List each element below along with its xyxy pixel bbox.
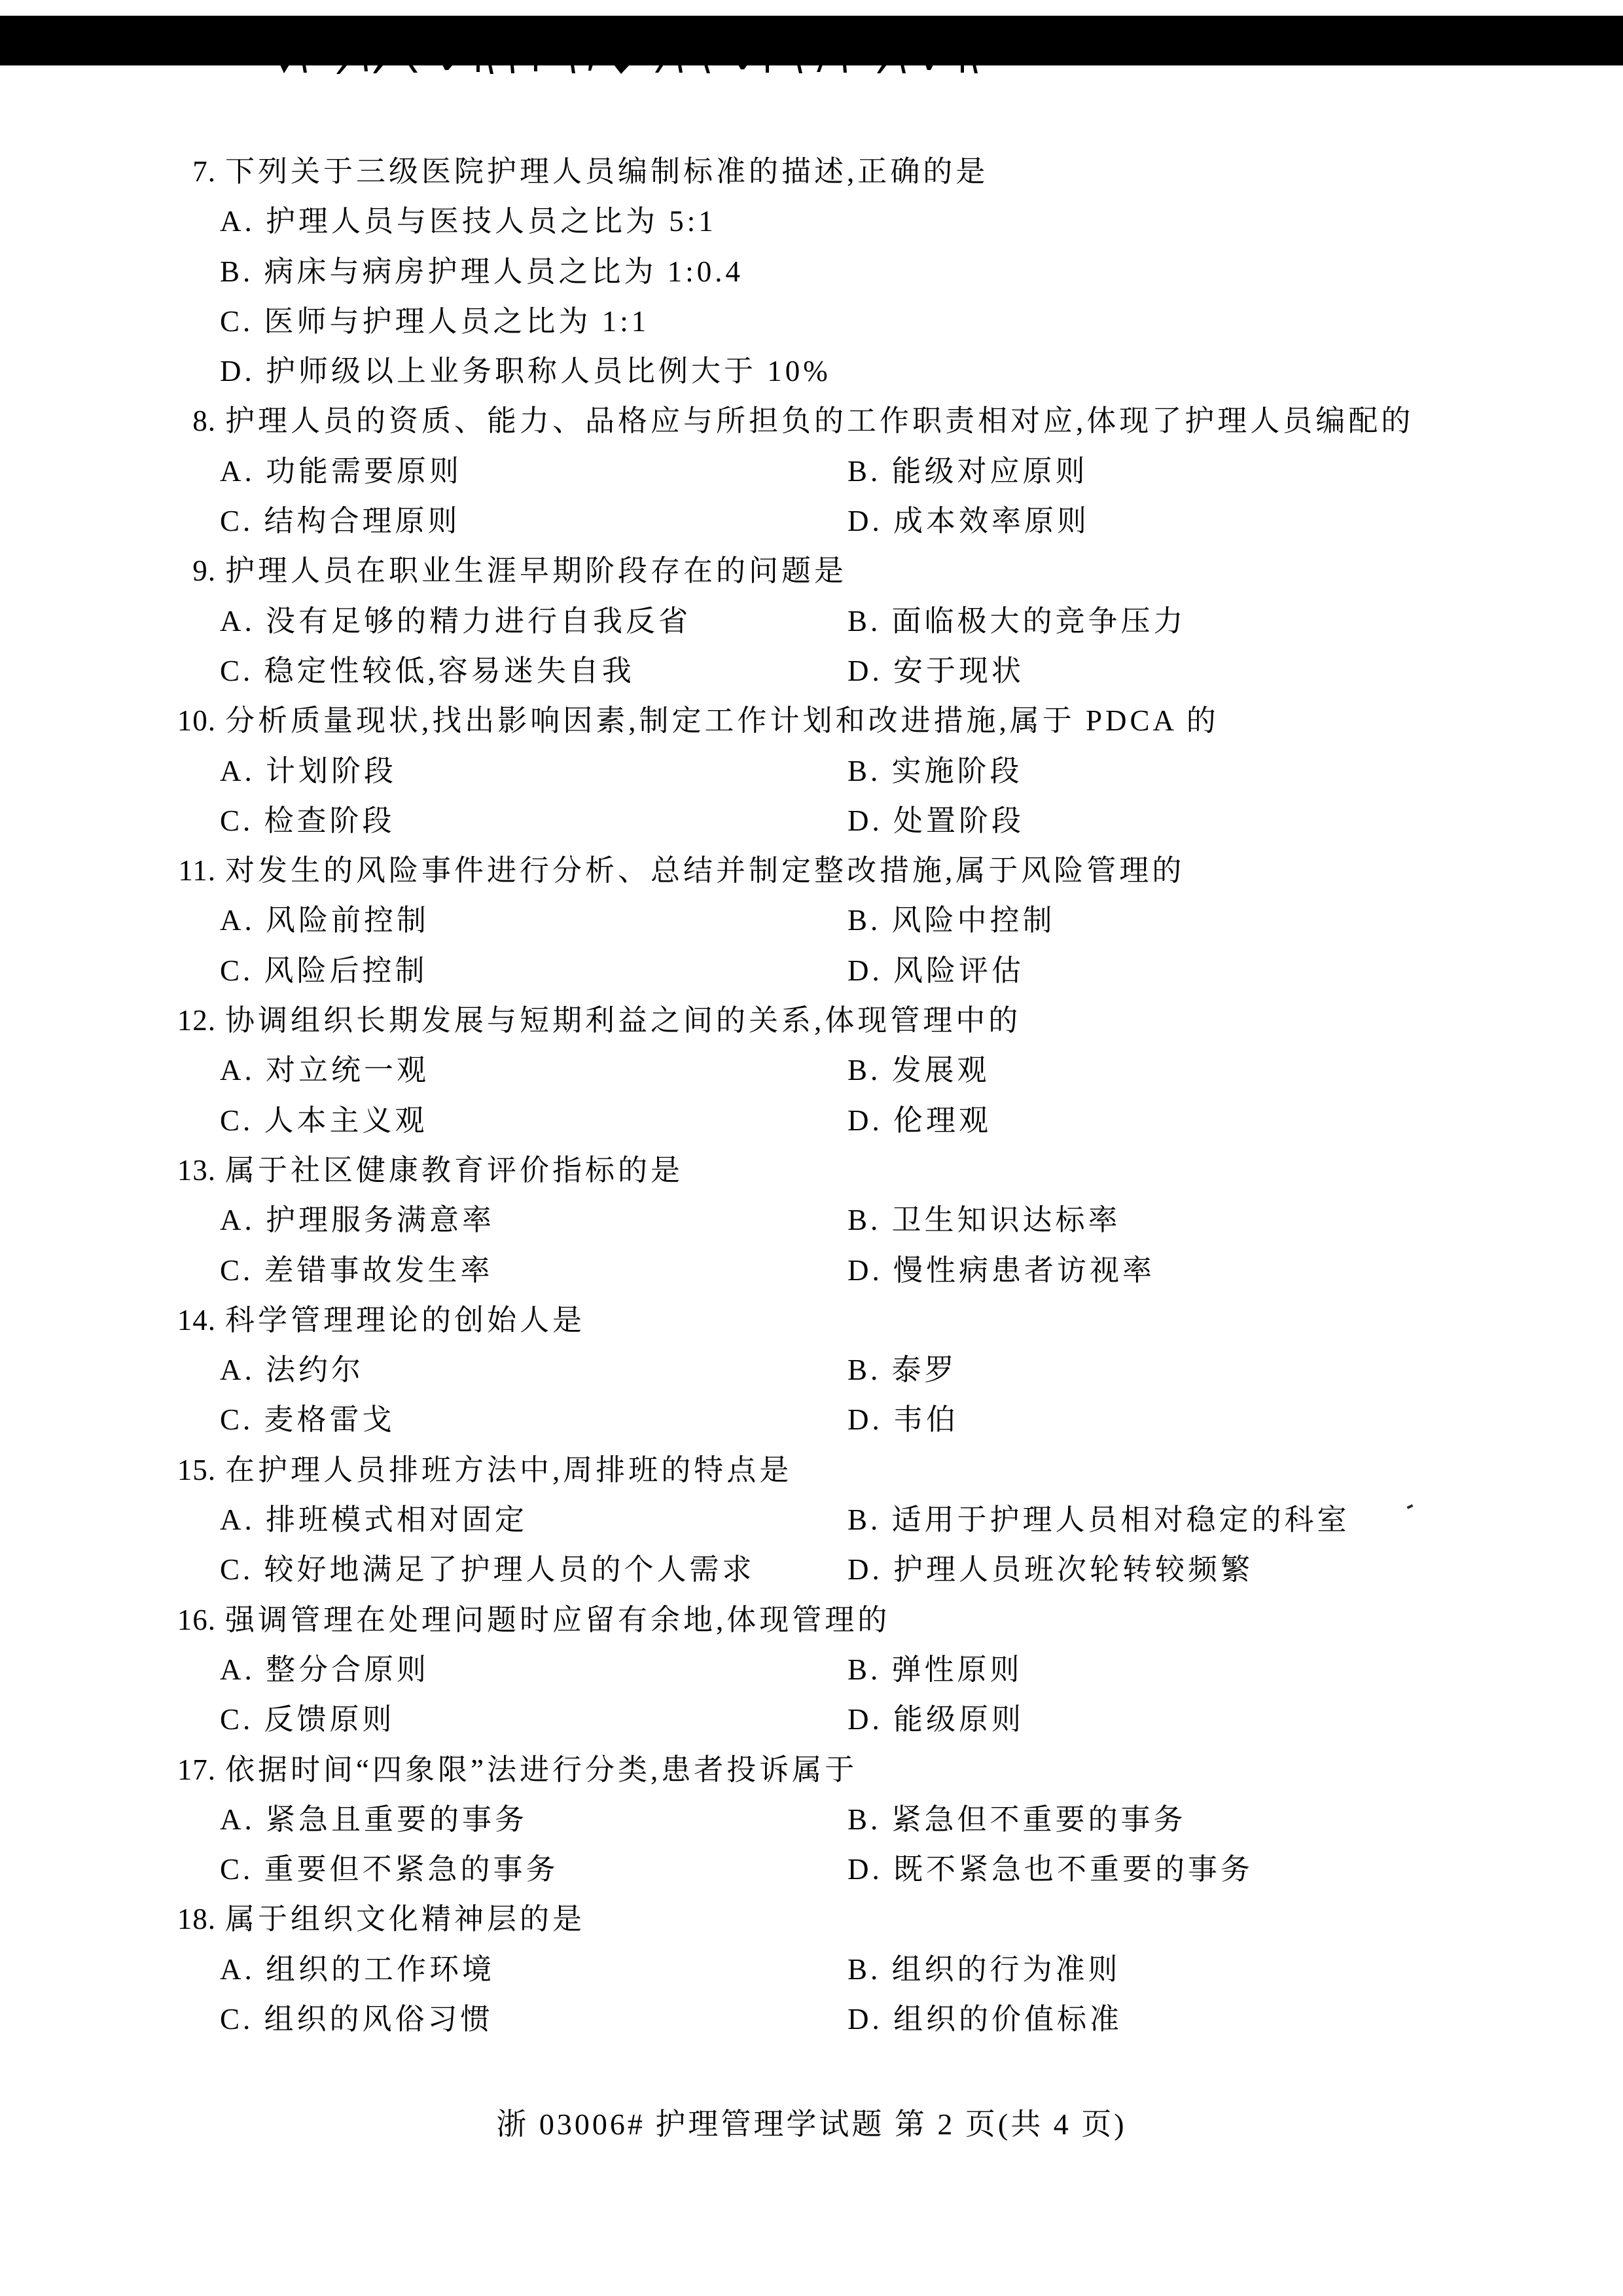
option-row: C. 麦格雷戈D. 韦伯 [0, 1395, 1623, 1444]
answer-option: C. 反馈原则 [220, 1695, 395, 1744]
question-block: 18. 属于组织文化精神层的是 A. 组织的工作环境B. 组织的行为准则C. 组… [0, 1894, 1623, 2044]
question-block: 7. 下列关于三级医院护理人员编制标准的描述,正确的是 A. 护理人员与医技人员… [0, 147, 1623, 396]
answer-option: D. 组织的价值标准 [847, 1994, 1122, 2044]
answer-option: D. 护师级以上业务职称人员比例大于 10% [220, 346, 831, 396]
question-block: 8. 护理人员的资质、能力、品格应与所担负的工作职责相对应,体现了护理人员编配的… [0, 396, 1623, 546]
question-stem: 对发生的风险事件进行分析、总结并制定整改措施,属于风险管理的 [225, 846, 1185, 895]
option-row: A. 紧急且重要的事务B. 紧急但不重要的事务 [0, 1795, 1623, 1844]
option-row: C. 医师与护理人员之比为 1:1 [0, 296, 1623, 346]
question-stem-row: 8. 护理人员的资质、能力、品格应与所担负的工作职责相对应,体现了护理人员编配的 [0, 396, 1623, 446]
question-stem: 属于社区健康教育评价指标的是 [225, 1145, 683, 1195]
answer-option: D. 处置阶段 [847, 796, 1024, 846]
answer-option: C. 麦格雷戈 [220, 1395, 395, 1444]
question-number: 11. [149, 846, 216, 895]
question-block: 10. 分析质量现状,找出影响因素,制定工作计划和改进措施,属于 PDCA 的 … [0, 696, 1623, 846]
answer-option: D. 慢性病患者访视率 [847, 1246, 1155, 1295]
answer-option: D. 伦理观 [847, 1096, 991, 1145]
answer-option: A. 组织的工作环境 [220, 1945, 495, 1994]
answer-option: C. 结构合理原则 [220, 496, 461, 546]
answer-option: A. 风险前控制 [220, 895, 429, 945]
question-number: 15. [149, 1445, 216, 1495]
question-stem-row: 16. 强调管理在处理问题时应留有余地,体现管理的 [0, 1595, 1623, 1645]
question-stem-row: 12. 协调组织长期发展与短期利益之间的关系,体现管理中的 [0, 996, 1623, 1045]
question-block: 9. 护理人员在职业生涯早期阶段存在的问题是 A. 没有足够的精力进行自我反省B… [0, 546, 1623, 696]
question-number: 10. [149, 696, 216, 745]
question-stem-row: 10. 分析质量现状,找出影响因素,制定工作计划和改进措施,属于 PDCA 的 [0, 696, 1623, 745]
answer-option: D. 成本效率原则 [847, 496, 1090, 546]
option-row: C. 较好地满足了护理人员的个人需求D. 护理人员班次轮转较频繁 [0, 1545, 1623, 1594]
redaction-bar [0, 16, 1623, 65]
question-stem: 护理人员在职业生涯早期阶段存在的问题是 [225, 546, 847, 596]
option-row: A. 法约尔B. 泰罗 [0, 1345, 1623, 1395]
answer-option: C. 重要但不紧急的事务 [220, 1844, 559, 1894]
answer-option: A. 法约尔 [220, 1345, 364, 1395]
option-row: A. 没有足够的精力进行自我反省B. 面临极大的竞争压力 [0, 596, 1623, 646]
question-stem: 协调组织长期发展与短期利益之间的关系,体现管理中的 [225, 996, 1021, 1045]
question-stem-row: 7. 下列关于三级医院护理人员编制标准的描述,正确的是 [0, 147, 1623, 196]
answer-option: A. 功能需要原则 [220, 446, 462, 496]
question-block: 15. 在护理人员排班方法中,周排班的特点是 A. 排班模式相对固定B. 适用于… [0, 1445, 1623, 1595]
answer-option: C. 人本主义观 [220, 1096, 428, 1145]
answer-option: D. 风险评估 [847, 946, 1024, 996]
answer-option: A. 护理服务满意率 [220, 1195, 495, 1245]
question-number: 14. [149, 1295, 216, 1345]
question-block: 17. 依据时间“四象限”法进行分类,患者投诉属于 A. 紧急且重要的事务B. … [0, 1745, 1623, 1895]
question-number: 18. [149, 1894, 216, 1944]
question-stem: 下列关于三级医院护理人员编制标准的描述,正确的是 [225, 147, 988, 196]
answer-option: B. 泰罗 [847, 1345, 957, 1395]
question-number: 17. [149, 1745, 216, 1795]
redacted-title-fragments [280, 65, 1007, 77]
option-row: A. 排班模式相对固定B. 适用于护理人员相对稳定的科室 [0, 1495, 1623, 1545]
question-stem-row: 18. 属于组织文化精神层的是 [0, 1894, 1623, 1944]
answer-option: A. 计划阶段 [220, 746, 397, 796]
option-row: A. 计划阶段B. 实施阶段 [0, 746, 1623, 796]
question-number: 13. [149, 1145, 216, 1195]
answer-option: B. 适用于护理人员相对稳定的科室 [847, 1495, 1350, 1545]
option-row: A. 风险前控制B. 风险中控制 [0, 895, 1623, 945]
option-row: C. 反馈原则D. 能级原则 [0, 1695, 1623, 1744]
page-footer: 浙 03006# 护理管理学试题 第 2 页(共 4 页) [0, 2105, 1623, 2144]
answer-option: A. 没有足够的精力进行自我反省 [220, 596, 691, 646]
question-block: 11. 对发生的风险事件进行分析、总结并制定整改措施,属于风险管理的 A. 风险… [0, 846, 1623, 996]
option-row: A. 组织的工作环境B. 组织的行为准则 [0, 1945, 1623, 1994]
answer-option: C. 检查阶段 [220, 796, 395, 846]
answer-option: B. 能级对应原则 [847, 446, 1088, 496]
answer-option: A. 排班模式相对固定 [220, 1495, 527, 1545]
answer-option: D. 韦伯 [847, 1395, 959, 1444]
scanned-exam-page: { "page": { "background_color": "#ffffff… [0, 0, 1623, 2296]
answer-option: C. 较好地满足了护理人员的个人需求 [220, 1545, 755, 1594]
answer-option: A. 整分合原则 [220, 1645, 429, 1695]
option-row: B. 病床与病房护理人员之比为 1:0.4 [0, 247, 1623, 296]
answer-option: C. 医师与护理人员之比为 1:1 [220, 296, 649, 346]
answer-option: C. 组织的风俗习惯 [220, 1994, 493, 2044]
question-number: 9. [149, 546, 216, 596]
answer-option: B. 组织的行为准则 [847, 1945, 1121, 1994]
question-list: 7. 下列关于三级医院护理人员编制标准的描述,正确的是 A. 护理人员与医技人员… [0, 147, 1623, 2044]
question-block: 14. 科学管理理论的创始人是 A. 法约尔B. 泰罗C. 麦格雷戈D. 韦伯 [0, 1295, 1623, 1445]
option-row: C. 人本主义观D. 伦理观 [0, 1096, 1623, 1145]
question-number: 8. [149, 396, 216, 446]
answer-option: A. 护理人员与医技人员之比为 5:1 [220, 196, 717, 246]
question-stem-row: 11. 对发生的风险事件进行分析、总结并制定整改措施,属于风险管理的 [0, 846, 1623, 895]
question-stem-row: 17. 依据时间“四象限”法进行分类,患者投诉属于 [0, 1745, 1623, 1795]
question-block: 16. 强调管理在处理问题时应留有余地,体现管理的 A. 整分合原则B. 弹性原… [0, 1595, 1623, 1745]
option-row: A. 护理服务满意率B. 卫生知识达标率 [0, 1195, 1623, 1245]
answer-option: B. 弹性原则 [847, 1645, 1023, 1695]
answer-option: D. 能级原则 [847, 1695, 1024, 1744]
question-stem-row: 15. 在护理人员排班方法中,周排班的特点是 [0, 1445, 1623, 1495]
question-stem: 科学管理理论的创始人是 [225, 1295, 585, 1345]
answer-option: A. 对立统一观 [220, 1045, 429, 1095]
question-stem: 护理人员的资质、能力、品格应与所担负的工作职责相对应,体现了护理人员编配的 [225, 396, 1414, 446]
answer-option: D. 护理人员班次轮转较频繁 [847, 1545, 1253, 1594]
question-stem-row: 13. 属于社区健康教育评价指标的是 [0, 1145, 1623, 1195]
question-block: 12. 协调组织长期发展与短期利益之间的关系,体现管理中的 A. 对立统一观B.… [0, 996, 1623, 1145]
answer-option: B. 面临极大的竞争压力 [847, 596, 1186, 646]
answer-option: B. 紧急但不重要的事务 [847, 1795, 1186, 1844]
option-row: C. 组织的风俗习惯D. 组织的价值标准 [0, 1994, 1623, 2044]
answer-option: A. 紧急且重要的事务 [220, 1795, 527, 1844]
question-block: 13. 属于社区健康教育评价指标的是 A. 护理服务满意率B. 卫生知识达标率C… [0, 1145, 1623, 1295]
answer-option: B. 发展观 [847, 1045, 990, 1095]
option-row: A. 功能需要原则B. 能级对应原则 [0, 446, 1623, 496]
answer-option: B. 卫生知识达标率 [847, 1195, 1121, 1245]
option-row: C. 检查阶段D. 处置阶段 [0, 796, 1623, 846]
answer-option: D. 既不紧急也不重要的事务 [847, 1844, 1253, 1894]
question-stem-row: 14. 科学管理理论的创始人是 [0, 1295, 1623, 1345]
option-row: C. 稳定性较低,容易迷失自我D. 安于现状 [0, 646, 1623, 696]
question-number: 16. [149, 1595, 216, 1645]
question-stem-row: 9. 护理人员在职业生涯早期阶段存在的问题是 [0, 546, 1623, 596]
option-row: C. 重要但不紧急的事务D. 既不紧急也不重要的事务 [0, 1844, 1623, 1894]
question-stem: 分析质量现状,找出影响因素,制定工作计划和改进措施,属于 PDCA 的 [225, 696, 1219, 745]
option-row: A. 整分合原则B. 弹性原则 [0, 1645, 1623, 1695]
answer-option: B. 风险中控制 [847, 895, 1056, 945]
option-row: C. 差错事故发生率D. 慢性病患者访视率 [0, 1246, 1623, 1295]
question-stem: 属于组织文化精神层的是 [225, 1894, 585, 1944]
option-row: C. 结构合理原则D. 成本效率原则 [0, 496, 1623, 546]
answer-option: B. 病床与病房护理人员之比为 1:0.4 [220, 247, 743, 296]
answer-option: C. 差错事故发生率 [220, 1246, 493, 1295]
question-stem: 依据时间“四象限”法进行分类,患者投诉属于 [225, 1745, 857, 1795]
question-stem: 在护理人员排班方法中,周排班的特点是 [225, 1445, 792, 1495]
question-number: 12. [149, 996, 216, 1045]
option-row: A. 护理人员与医技人员之比为 5:1 [0, 196, 1623, 246]
question-stem: 强调管理在处理问题时应留有余地,体现管理的 [225, 1595, 890, 1645]
question-number: 7. [149, 147, 216, 196]
answer-option: D. 安于现状 [847, 646, 1024, 696]
answer-option: C. 稳定性较低,容易迷失自我 [220, 646, 635, 696]
option-row: A. 对立统一观B. 发展观 [0, 1045, 1623, 1095]
option-row: D. 护师级以上业务职称人员比例大于 10% [0, 346, 1623, 396]
answer-option: C. 风险后控制 [220, 946, 428, 996]
option-row: C. 风险后控制D. 风险评估 [0, 946, 1623, 996]
answer-option: B. 实施阶段 [847, 746, 1023, 796]
